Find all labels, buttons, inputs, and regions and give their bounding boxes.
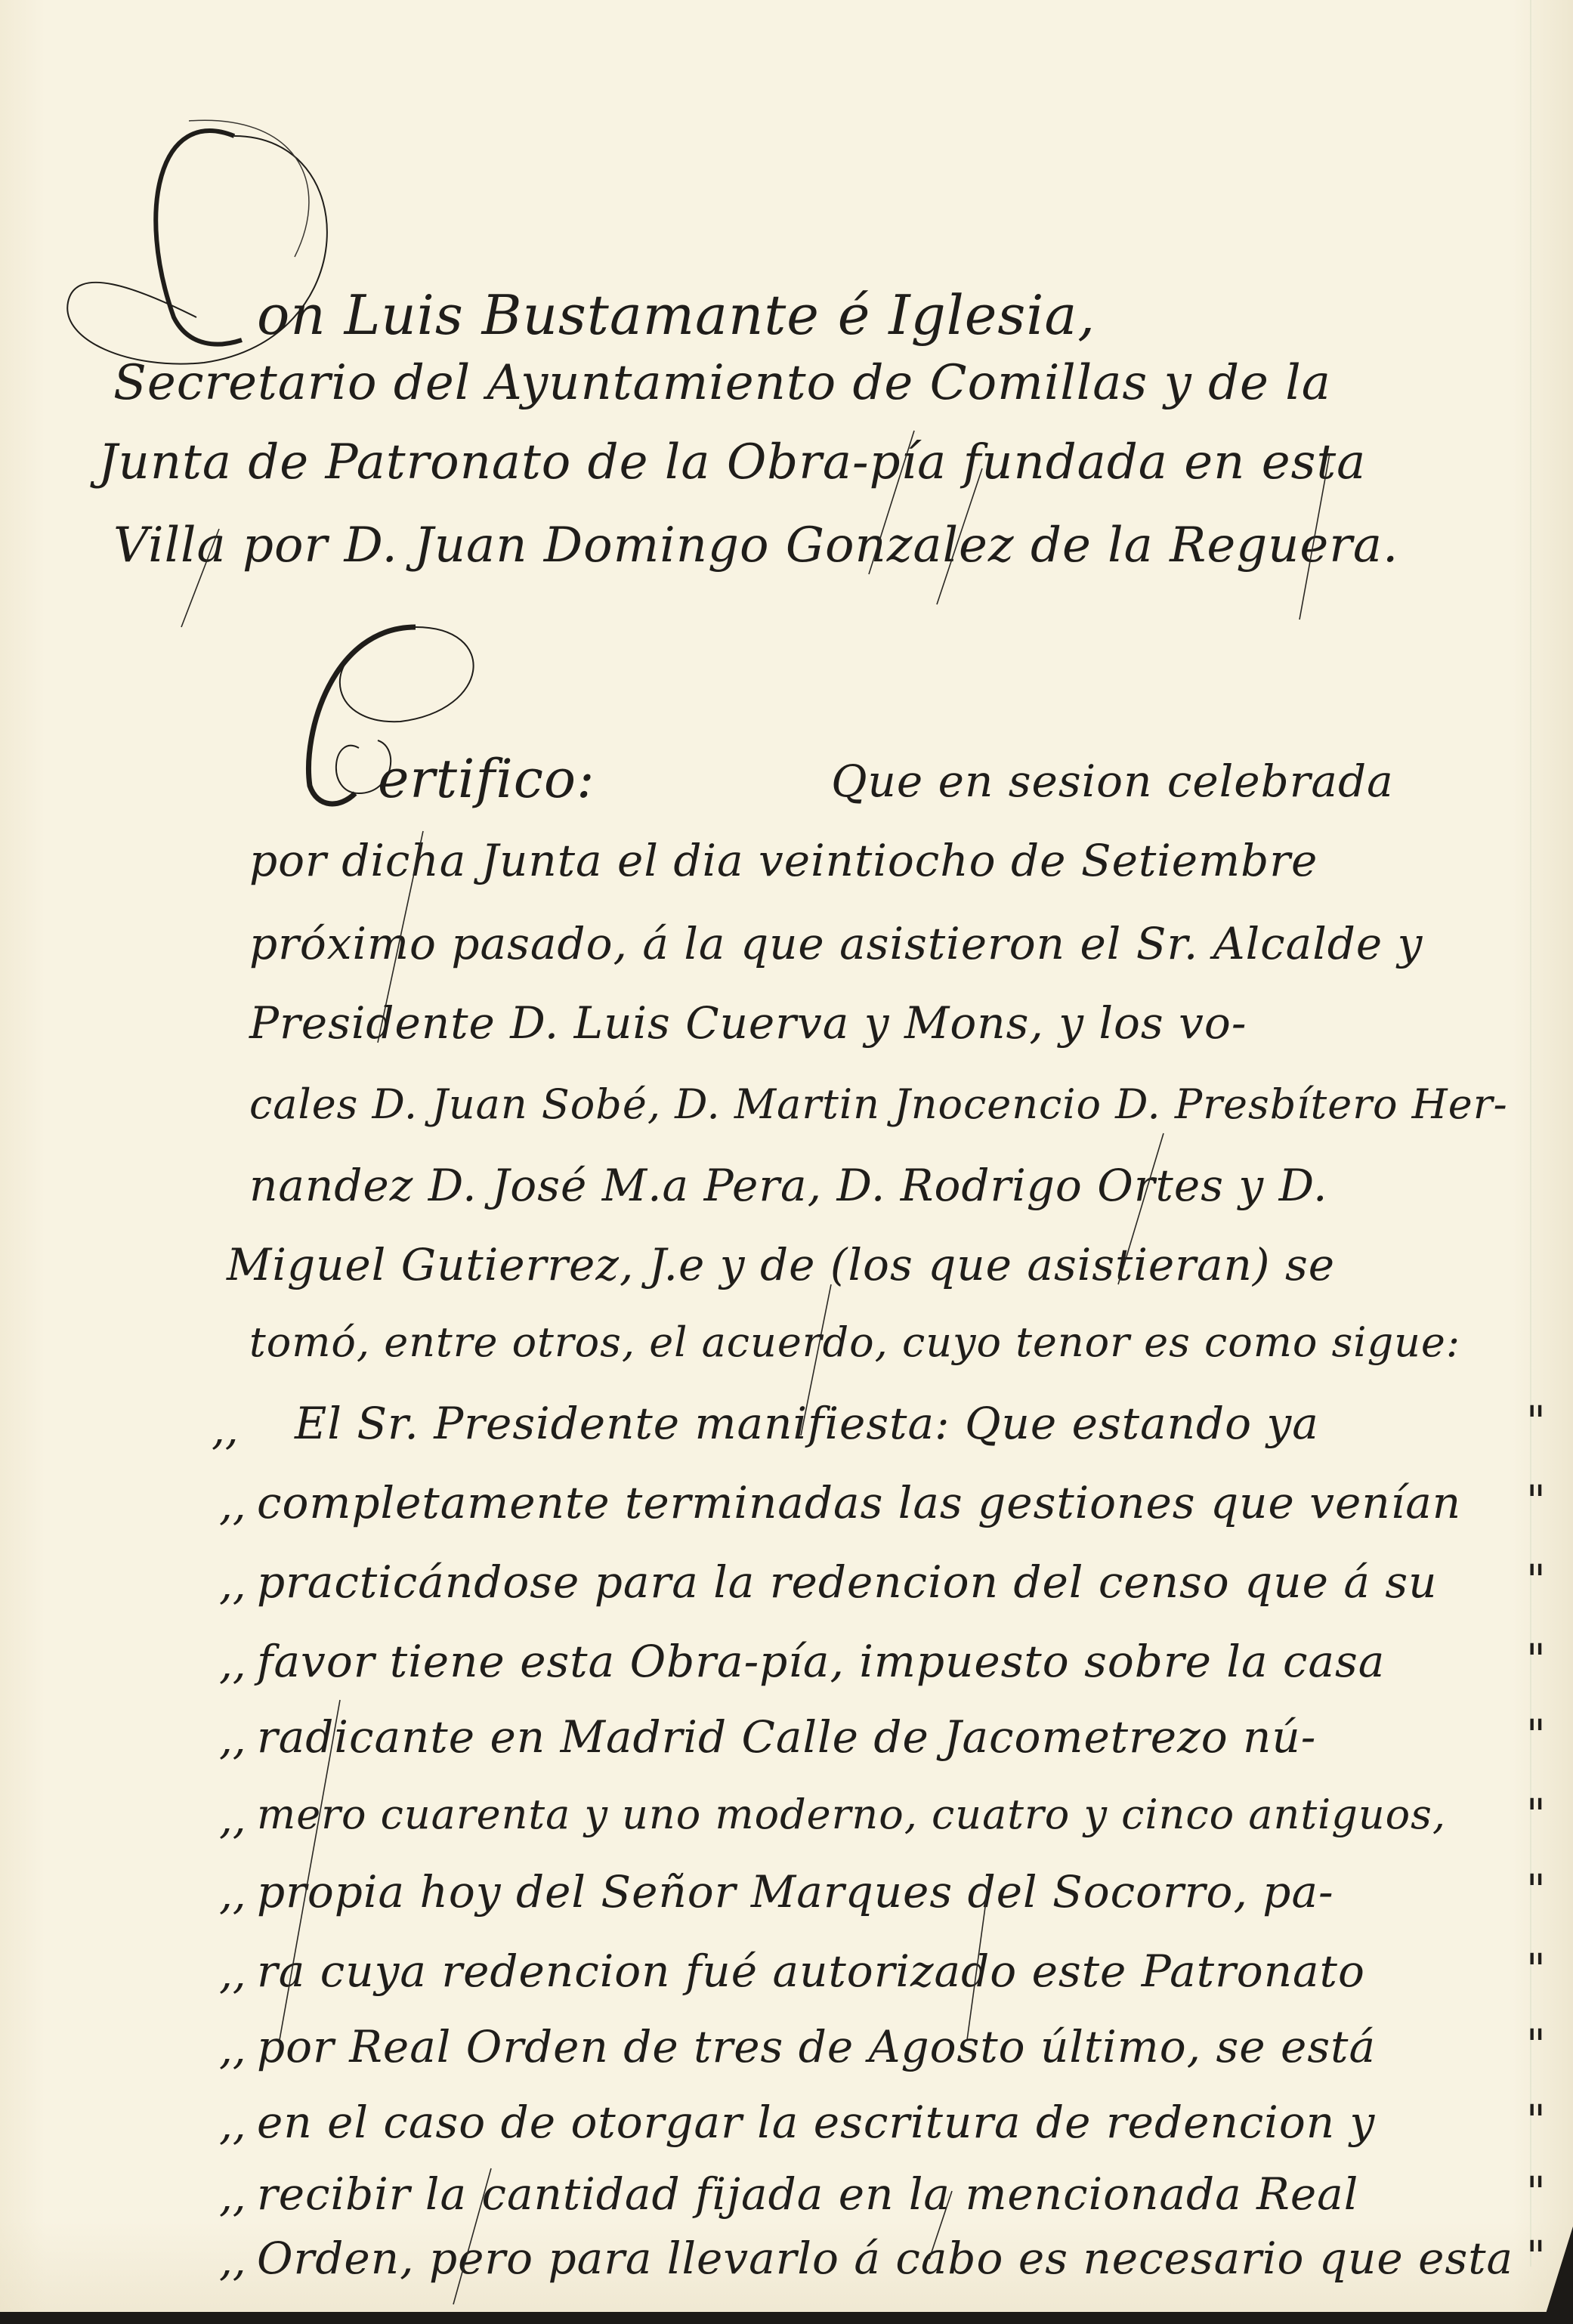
quote-open-mark: ,, <box>219 1560 246 1609</box>
body-line-7: Miguel Gutierrez, J.e y de (los que asis… <box>227 1239 1335 1290</box>
quote-open-mark: ,, <box>219 1794 246 1843</box>
quoted-line-9: por Real Orden de tres de Agosto último,… <box>257 2021 1376 2072</box>
quote-open-mark: ,, <box>219 1715 246 1764</box>
body-line-3: próximo pasado, á la que asistieron el S… <box>249 918 1423 969</box>
quote-open-mark: ,, <box>219 2172 246 2221</box>
quote-close-mark: " <box>1526 2233 1546 2282</box>
quote-close-mark: " <box>1526 1477 1546 1526</box>
quoted-line-1: El Sr. Presidente manifiesta: Que estand… <box>295 1398 1319 1449</box>
page-fold-line <box>1530 0 1531 2267</box>
document-page: on Luis Bustamante é Iglesia, Secretario… <box>0 0 1573 2312</box>
heading-line-4: Villa por D. Juan Domingo Gonzalez de la… <box>113 518 1398 573</box>
quote-close-mark: " <box>1526 1866 1546 1915</box>
heading-line-3: Junta de Patronato de la Obra-pía fundad… <box>98 434 1366 490</box>
quote-open-mark: ,, <box>219 1639 246 1689</box>
body-line-5: cales D. Juan Sobé, D. Martin Jnocencio … <box>249 1080 1508 1128</box>
quote-open-mark: ,, <box>219 1949 246 1998</box>
quoted-line-7: propia hoy del Señor Marques del Socorro… <box>257 1866 1334 1918</box>
heading-line-2: Secretario del Ayuntamiento de Comillas … <box>113 355 1331 411</box>
heading-line-1: on Luis Bustamante é Iglesia, <box>257 283 1096 347</box>
quote-open-mark: ,, <box>219 2236 246 2285</box>
quoted-line-10: en el caso de otorgar la escritura de re… <box>257 2097 1375 2148</box>
body-line-2: por dicha Junta el dia veintiocho de Set… <box>249 835 1318 886</box>
body-first-word: ertifico: <box>378 748 595 810</box>
quote-close-mark: " <box>1526 1945 1546 1995</box>
body-line-6: nandez D. José M.a Pera, D. Rodrigo Orte… <box>249 1160 1327 1211</box>
quote-open-mark: ,, <box>219 2100 246 2149</box>
quote-open-mark: ,, <box>212 1405 239 1454</box>
quote-close-mark: " <box>1526 1711 1546 1760</box>
quote-close-mark: " <box>1526 2097 1546 2146</box>
heading-initial-text: on Luis Bustamante é Iglesia, <box>257 283 1096 347</box>
quote-open-mark: ,, <box>219 1870 246 1919</box>
quoted-line-5: radicante en Madrid Calle de Jacometrezo… <box>257 1711 1316 1763</box>
body-line-1: Que en sesion celebrada <box>831 756 1394 807</box>
quoted-line-2: completamente terminadas las gestiones q… <box>257 1477 1461 1528</box>
quote-close-mark: " <box>1526 1791 1546 1840</box>
quote-open-mark: ,, <box>219 1481 246 1530</box>
body-line-4: Presidente D. Luis Cuerva y Mons, y los … <box>249 997 1247 1049</box>
quote-close-mark: " <box>1526 2021 1546 2070</box>
quoted-line-6: mero cuarenta y uno moderno, cuatro y ci… <box>257 1791 1446 1838</box>
body-line-8: tomó, entre otros, el acuerdo, cuyo teno… <box>249 1318 1460 1366</box>
quote-close-mark: " <box>1526 1556 1546 1605</box>
quote-open-mark: ,, <box>219 2025 246 2074</box>
quoted-line-8: ra cuya redencion fué autorizado este Pa… <box>257 1945 1365 1997</box>
quote-close-mark: " <box>1526 1636 1546 1685</box>
quoted-line-4: favor tiene esta Obra-pía, impuesto sobr… <box>257 1636 1385 1687</box>
quoted-line-12: Orden, pero para llevarlo á cabo es nece… <box>257 2233 1513 2284</box>
quote-close-mark: " <box>1526 1398 1546 1447</box>
quoted-line-3: practicándose para la redencion del cens… <box>257 1556 1437 1608</box>
quoted-line-11: recibir la cantidad fijada en la mencion… <box>257 2168 1358 2220</box>
quote-close-mark: " <box>1526 2168 1546 2217</box>
